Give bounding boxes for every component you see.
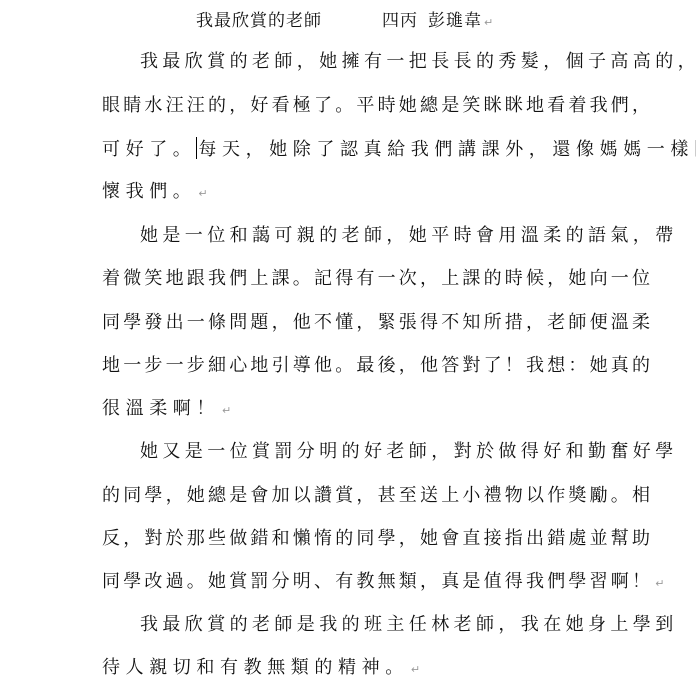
- paragraph-4-line-1: 我最欣賞的老師是我的班主任林老師，我在她身上學到: [140, 613, 640, 637]
- essay-title-line: 我最欣賞的老師四丙彭璡韋↵: [196, 6, 494, 31]
- paragraph-3-line-4: 同學改過。她賞罰分明、有教無類，真是值得我們學習啊！↵: [102, 570, 602, 596]
- paragraph-3-line-3: 反，對於那些做錯和懶惰的同學，她會直接指出錯處並幫助: [102, 527, 602, 551]
- essay-title: 我最欣賞的老師: [196, 11, 322, 31]
- paragraph-1-line-3: 可好了。每天，她除了認真給我們講課外，還像媽媽一樣關: [102, 137, 602, 162]
- author-name: 彭璡韋: [428, 11, 482, 31]
- paragraph-mark-icon: ↵: [411, 663, 426, 676]
- paragraph-mark-icon: ↵: [484, 16, 494, 29]
- class-name: 四丙: [382, 11, 418, 31]
- paragraph-2-line-5: 很溫柔啊！↵: [102, 397, 602, 423]
- paragraph-1-line-1: 我最欣賞的老師，她擁有一把長長的秀髮，個子高高的，: [140, 50, 640, 74]
- paragraph-1-line-2: 眼睛水汪汪的，好看極了。平時她總是笑眯眯地看着我們，: [102, 94, 602, 118]
- paragraph-4-line-2: 待人親切和有教無類的精神。↵: [102, 656, 602, 680]
- paragraph-3-line-2: 的同學，她總是會加以讚賞，甚至送上小禮物以作獎勵。相: [102, 484, 602, 508]
- paragraph-2-line-2: 着微笑地跟我們上課。記得有一次，上課的時候，她向一位: [102, 267, 602, 291]
- paragraph-2-line-4: 地一步一步細心地引導他。最後，他答對了！我想：她真的: [102, 354, 602, 378]
- text-segment: 可好了。: [102, 139, 196, 160]
- paragraph-1-line-4: 懷我們。↵: [102, 180, 602, 206]
- text-segment: 待人親切和有教無類的精神。: [102, 657, 409, 678]
- text-segment: 同學改過。她賞罰分明、有教無類，真是值得我們學習啊！: [102, 571, 653, 592]
- text-segment: 每天，她除了認真給我們講課外，還像媽媽一樣關: [198, 139, 696, 160]
- paragraph-mark-icon: ↵: [198, 187, 213, 200]
- paragraph-2-line-3: 同學發出一條問題，他不懂，緊張得不知所措，老師便溫柔: [102, 311, 602, 335]
- paragraph-mark-icon: ↵: [655, 577, 667, 590]
- paragraph-3-line-1: 她又是一位賞罰分明的好老師，對於做得好和勤奮好學: [140, 440, 640, 464]
- document-page[interactable]: 我最欣賞的老師四丙彭璡韋↵ 我最欣賞的老師，她擁有一把長長的秀髮，個子高高的， …: [0, 0, 696, 680]
- text-segment: 很溫柔啊！: [102, 398, 220, 419]
- paragraph-mark-icon: ↵: [222, 404, 237, 417]
- text-segment: 懷我們。: [102, 181, 196, 202]
- paragraph-2-line-1: 她是一位和藹可親的老師，她平時會用溫柔的語氣，帶: [140, 224, 640, 248]
